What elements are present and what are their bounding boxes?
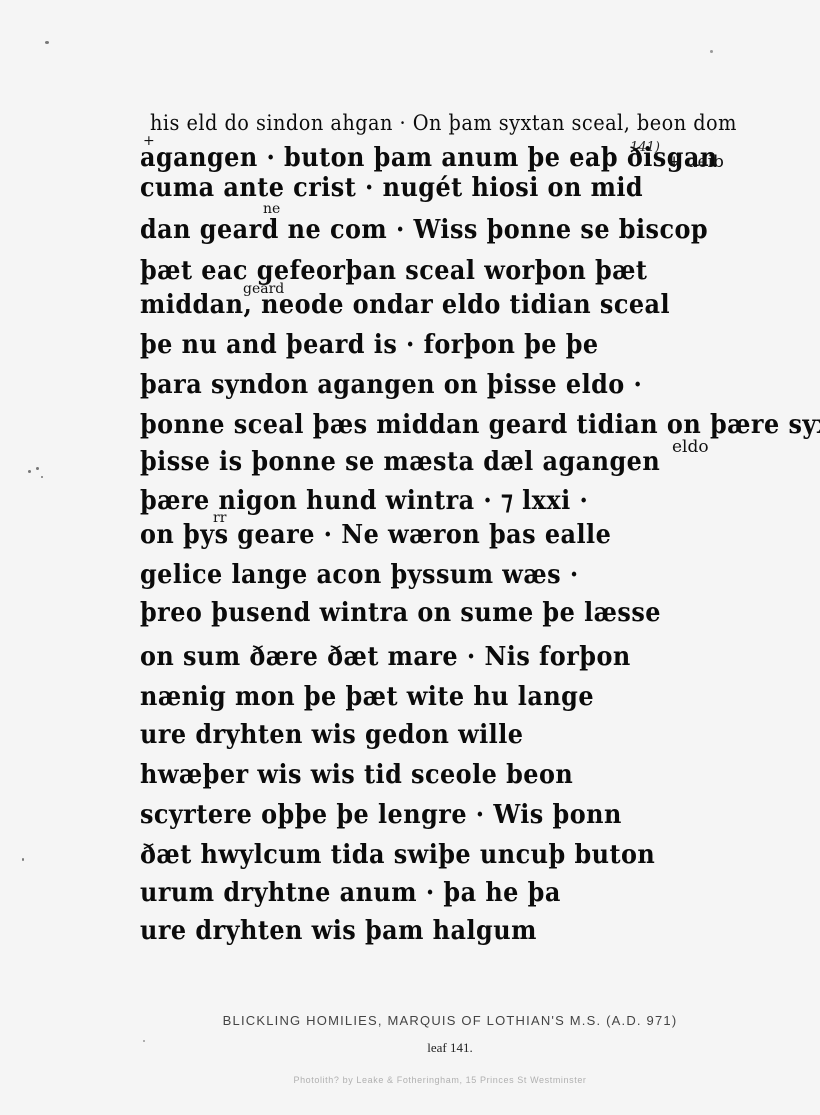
interlinear-gloss: geard <box>243 281 284 297</box>
manuscript-line: þonne sceal þæs middan geard tidian on þ… <box>140 410 820 440</box>
manuscript-line: middan, neode ondar eldo tidian sceal <box>140 290 670 320</box>
scan-speck <box>41 476 43 478</box>
manuscript-line: þara syndon agangen on þisse eldo · <box>140 370 642 400</box>
manuscript-line: ure dryhten wis gedon wille <box>140 720 523 750</box>
margin-note: eldo <box>672 437 709 457</box>
manuscript-line: gelice lange acon þyssum wæs · <box>140 560 579 590</box>
manuscript-line: þreo þusend wintra on sume þe læsse <box>140 598 661 628</box>
manuscript-line: hwæþer wis wis tid sceole beon <box>140 760 573 790</box>
manuscript-line: þisse is þonne se mæsta dæl agangen <box>140 447 660 477</box>
interlinear-gloss: ne <box>263 201 280 217</box>
caption-imprint: Photolith? by Leake & Fotheringham, 15 P… <box>0 1075 820 1085</box>
manuscript-line: scyrtere oþþe þe lengre · Wis þonn <box>140 800 622 830</box>
scan-speck <box>45 41 49 44</box>
manuscript-line: nænig mon þe þæt wite hu lange <box>140 682 594 712</box>
scan-speck <box>28 470 31 473</box>
manuscript-line: cuma ante crist · nugét hiosi on mid <box>140 173 643 203</box>
scan-speck <box>710 50 713 53</box>
scan-speck <box>143 1040 145 1042</box>
manuscript-line: ure dryhten wis þam halgum <box>140 916 537 946</box>
manuscript-line: on sum ðære ðæt mare · Nis forþon <box>140 642 631 672</box>
manuscript-line: dan geard ne com · Wiss þonne se biscop <box>140 215 708 245</box>
manuscript-line: ðæt hwylcum tida swiþe uncuþ buton <box>140 840 655 870</box>
interlinear-gloss: + <box>143 133 155 149</box>
scan-speck <box>22 858 24 861</box>
folio-number-note: 141) <box>630 140 660 155</box>
margin-note: + deib <box>667 152 724 172</box>
scan-speck <box>36 467 39 470</box>
manuscript-line: urum dryhtne anum · þa he þa <box>140 878 561 908</box>
interlinear-gloss: rr <box>213 510 226 526</box>
caption-leaf-number: leaf 141. <box>0 1040 820 1056</box>
caption-title: BLICKLING HOMILIES, MARQUIS OF LOTHIAN'S… <box>0 1013 820 1028</box>
manuscript-line: þære nigon hund wintra · ⁊ lxxi · <box>140 486 588 516</box>
manuscript-line: on þys geare · Ne wæron þas ealle <box>140 520 611 550</box>
manuscript-line: þe nu and þeard is · forþon þe þe <box>140 330 599 360</box>
manuscript-line: his eld do sindon ahgan · On þam syxtan … <box>150 108 737 138</box>
manuscript-facsimile-page: his eld do sindon ahgan · On þam syxtan … <box>0 0 820 1115</box>
manuscript-line: þæt eac gefeorþan sceal worþon þæt <box>140 256 647 286</box>
